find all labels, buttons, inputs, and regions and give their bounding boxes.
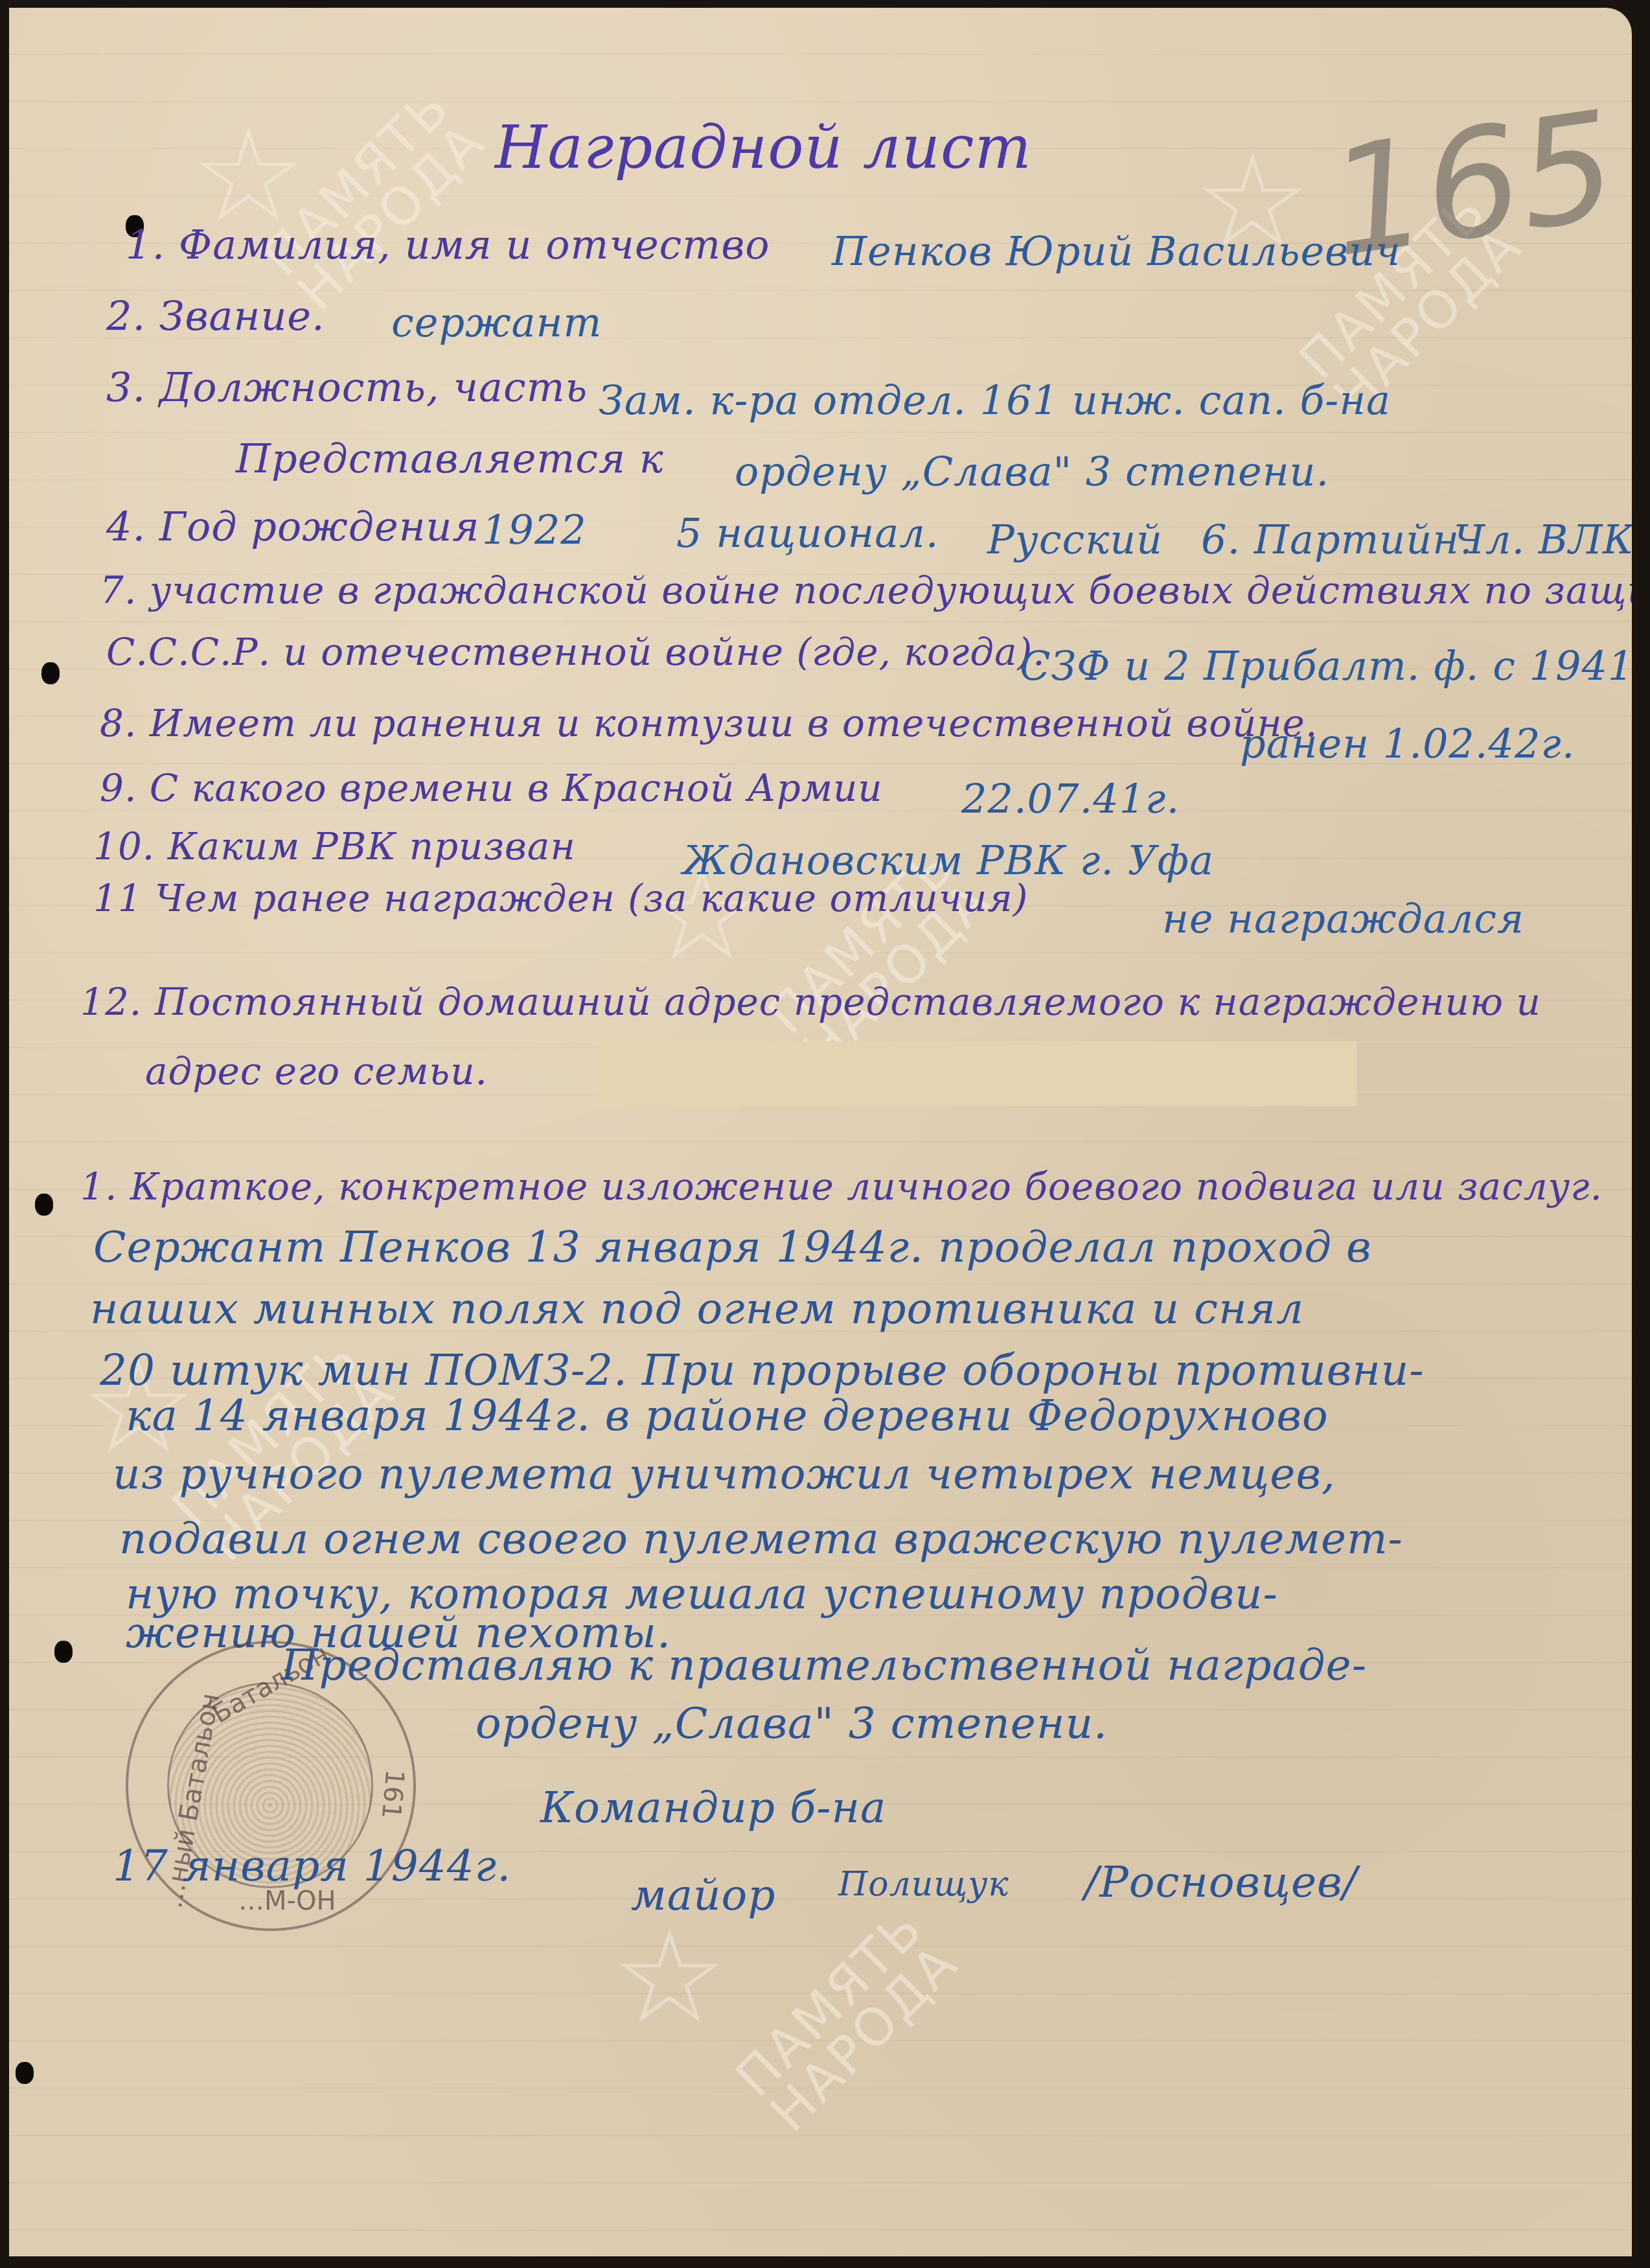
feat-line: Сержант Пенков 13 января 1944г. проделал… — [93, 1226, 1371, 1269]
field-label-combat-2: С.С.С.Р. и отечественной войне (где, ког… — [106, 633, 1046, 671]
feat-heading: 1. Краткое, конкретное изложение личного… — [80, 1168, 1603, 1205]
field-label-combat-1: 7. участие в гражданской войне последующ… — [100, 572, 1632, 609]
field-value-prior-awards: не награждался — [1162, 899, 1524, 939]
field-label-prior-awards: 11 Чем ранее награжден (за какие отличия… — [93, 879, 1028, 917]
punch-hole — [41, 662, 60, 684]
stamp-text-right: 161 — [376, 1768, 409, 1820]
feat-line: из ручного пулемета уничтожил четырех не… — [113, 1453, 1336, 1496]
field-label-address-2: адрес его семьи. — [145, 1052, 488, 1090]
field-label-rank: 2. Звание. — [106, 296, 325, 336]
page-title: Наградной лист — [495, 118, 1032, 178]
feat-line: подавил огнем своего пулемета вражескую … — [119, 1518, 1403, 1560]
field-label-nationality: 5 национал. — [676, 513, 939, 553]
recommendation-line-2: ордену „Слава" 3 степени. — [476, 1702, 1108, 1745]
recommendation-line-1: Представляю к правительственной награде- — [281, 1644, 1367, 1687]
field-value-combat: СЗФ и 2 Прибалт. ф. с 1941г. — [1020, 646, 1632, 686]
signature-scrawl: Полищук — [838, 1868, 1009, 1901]
signature-position: Командир б-на — [540, 1787, 886, 1829]
field-value-army-since: 22.07.41г. — [961, 779, 1180, 819]
feat-line: 20 штук мин ПОМЗ-2. При прорыве обороны … — [100, 1349, 1425, 1392]
watermark-star-icon: ☆ — [612, 1913, 728, 2042]
field-value-birth-year: 1922 — [482, 510, 587, 550]
field-value-rank: сержант — [391, 303, 602, 343]
watermark: ПАМЯТЬ НАРОДА — [728, 1901, 966, 2139]
signature-rank: майор — [631, 1874, 776, 1917]
punch-hole — [35, 1194, 53, 1216]
field-label-birth-year: 4. Год рождения — [106, 507, 480, 547]
punch-hole — [16, 2062, 34, 2084]
award-sheet-page: ☆ ПАМЯТЬ НАРОДА ПАМЯТЬ НАРОДА ☆ ПАМЯТЬ Н… — [9, 8, 1632, 2256]
field-label-position: 3. Должность, часть — [106, 367, 588, 408]
field-label-wounds: 8. Имеет ли ранения и контузии в отечест… — [100, 704, 1318, 742]
field-label-army-since: 9. С какого времени в Красной Армии — [100, 769, 883, 807]
field-label-address-1: 12. Постоянный домашний адрес представля… — [80, 983, 1541, 1021]
punch-hole — [54, 1641, 73, 1663]
field-value-wounds: ранен 1.02.42г. — [1240, 724, 1575, 764]
signature-name: /Росновцев/ — [1084, 1861, 1358, 1904]
feat-line: ка 14 января 1944г. в районе деревни Фед… — [126, 1394, 1329, 1437]
field-value-position: Зам. к-ра отдел. 161 инж. сап. б-на — [599, 380, 1391, 421]
field-value-party: Чл. ВЛКСМ — [1454, 520, 1632, 560]
field-value-nationality: Русский — [987, 520, 1163, 560]
field-label-party: 6. Партийн. — [1201, 520, 1473, 560]
field-label-name: 1. Фамилия, имя и отчество — [126, 225, 770, 265]
signature-date: 17 января 1944г. — [113, 1845, 511, 1888]
field-label-draft-office: 10. Каким РВК призван — [93, 827, 576, 865]
field-value-draft-office: Ждановским РВК г. Уфа — [683, 840, 1214, 881]
field-value-name: Пенков Юрий Васильевич — [832, 231, 1401, 272]
field-label-presented: Представляется к — [236, 439, 664, 479]
redacted-address — [595, 1041, 1357, 1106]
field-value-presented: ордену „Слава" 3 степени. — [735, 452, 1329, 492]
feat-line: наших минных полях под огнем противника … — [90, 1288, 1304, 1330]
